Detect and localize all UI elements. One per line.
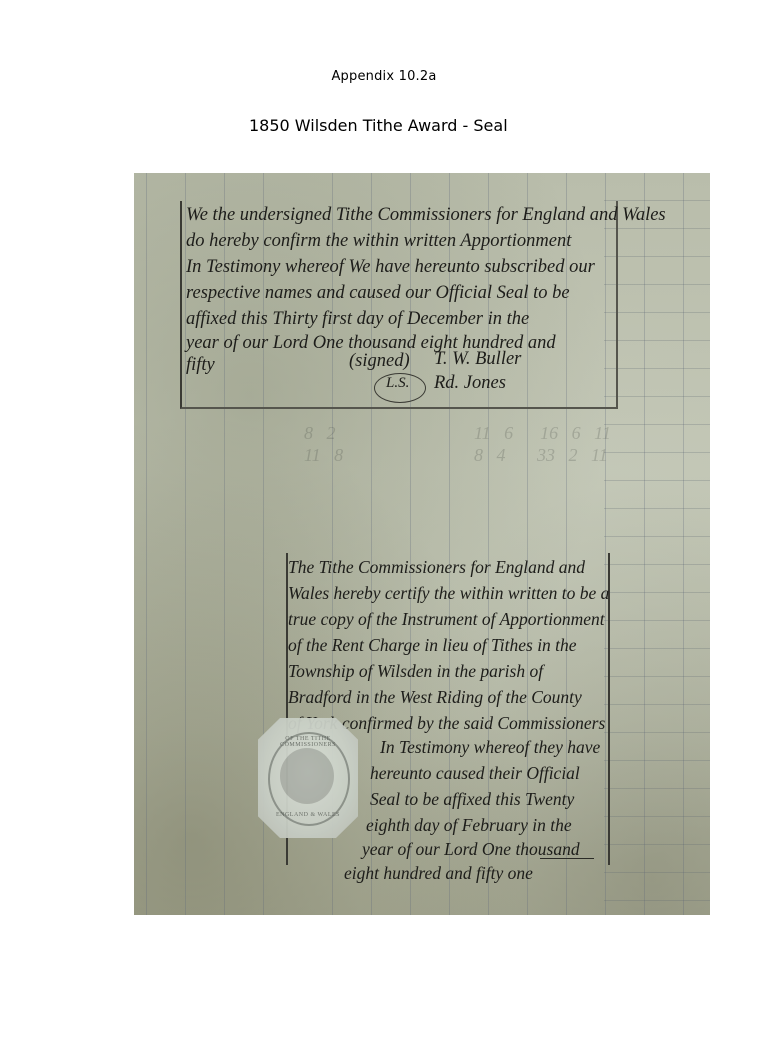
signatory-jones: Rd. Jones [434, 373, 506, 394]
upper-line: In Testimony whereof We have hereunto su… [186, 257, 595, 278]
lower-line: of the Rent Charge in lieu of Tithes in … [288, 635, 577, 656]
seal-top-text: OF THE TITHE COMMISSIONERS [258, 736, 358, 748]
upper-line: do hereby confirm the within written App… [186, 231, 571, 252]
upper-line: fifty [186, 355, 215, 376]
appendix-label: Appendix 10.2a [0, 69, 768, 84]
ls-label: L.S. [386, 375, 409, 392]
seal-bottom-text: ENGLAND & WALES [258, 812, 358, 818]
lower-line: The Tithe Commissioners for England and [288, 557, 585, 578]
lower-line: hereunto caused their Official [370, 763, 580, 784]
upper-line: affixed this Thirty first day of Decembe… [186, 309, 529, 330]
page-title: 1850 Wilsden Tithe Award - Seal [249, 116, 508, 135]
lower-line: eighth day of February in the [366, 815, 572, 836]
embossed-seal: OF THE TITHE COMMISSIONERS ENGLAND & WAL… [258, 718, 358, 838]
upper-line: respective names and caused our Official… [186, 283, 570, 304]
document-photo: 11 6 16 6 11 8 4 33 2 11 8 2 11 8 We the… [134, 173, 710, 915]
ledger-figure: 11 6 16 6 11 [474, 423, 611, 444]
ledger-figure: 11 8 [304, 445, 343, 466]
lower-line: Bradford in the West Riding of the Count… [288, 687, 582, 708]
upper-line: We the undersigned Tithe Commissioners f… [186, 205, 666, 226]
ledger-figure: 8 4 33 2 11 [474, 445, 608, 466]
signed-label: (signed) [349, 351, 410, 372]
lower-line: true copy of the Instrument of Apportion… [288, 609, 605, 630]
lower-line: year of our Lord One thousand [362, 839, 580, 860]
lower-line: Wales hereby certify the within written … [288, 583, 609, 604]
closing-dash [540, 858, 594, 859]
lower-line: Seal to be affixed this Twenty [370, 789, 574, 810]
ledger-horizontal-rules [604, 173, 710, 915]
lower-line: eight hundred and fifty one [344, 863, 533, 884]
lower-line: In Testimony whereof they have [380, 737, 600, 758]
royal-arms-icon [280, 748, 334, 804]
signatory-buller: T. W. Buller [434, 349, 521, 370]
ledger-figure: 8 2 [304, 423, 336, 444]
lower-line: Township of Wilsden in the parish of [288, 661, 543, 682]
